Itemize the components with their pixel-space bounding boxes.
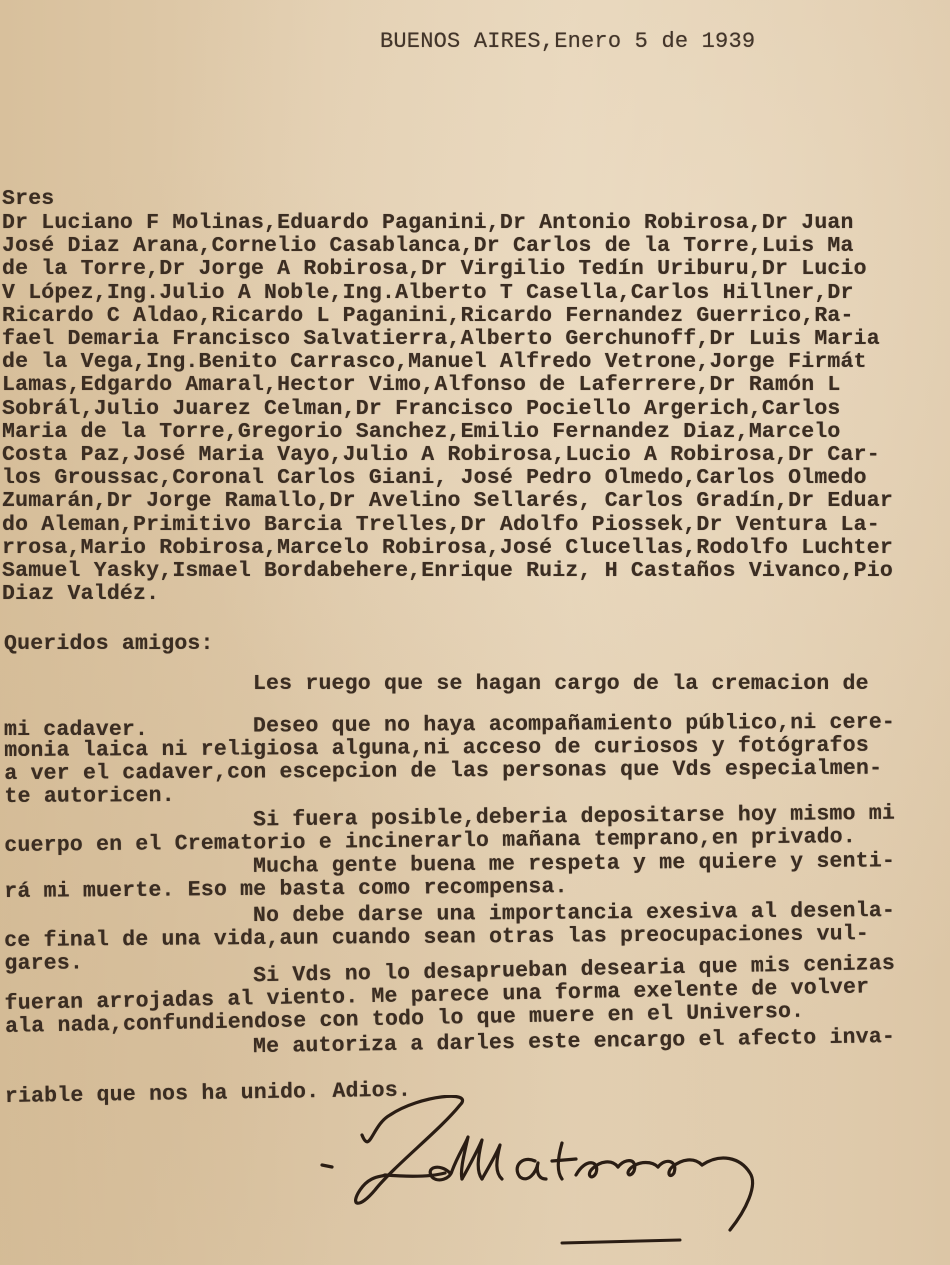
letter-page: BUENOS AIRES,Enero 5 de 1939 Sres Dr Luc… — [0, 0, 950, 1265]
greeting: Queridos amigos: — [4, 633, 214, 656]
addressee-line: los Groussac,Coronal Carlos Giani, José … — [2, 467, 893, 490]
salutation-title: Sres — [2, 188, 54, 211]
dateline: BUENOS AIRES,Enero 5 de 1939 — [380, 30, 755, 53]
addressee-line: Maria de la Torre,Gregorio Sanchez,Emili… — [2, 421, 893, 444]
addressee-line: Zumarán,Dr Jorge Ramallo,Dr Avelino Sell… — [2, 490, 893, 513]
handwritten-signature: L de la Torre — [300, 1095, 800, 1265]
addressee-line: de la Vega,Ing.Benito Carrasco,Manuel Al… — [2, 351, 893, 374]
addressee-line: José Diaz Arana,Cornelio Casablanca,Dr C… — [2, 235, 893, 258]
addressee-line: Lamas,Edgardo Amaral,Hector Vimo,Alfonso… — [2, 374, 893, 397]
paragraph-good-people: Mucha gente buena me respeta y me quiere… — [4, 850, 895, 904]
addressee-line: do Aleman,Primitivo Barcia Trelles,Dr Ad… — [2, 514, 893, 537]
addressee-line: fael Demaria Francisco Salvatierra,Alber… — [2, 328, 893, 351]
addressee-line: Dr Luciano F Molinas,Eduardo Paganini,Dr… — [2, 212, 893, 235]
addressee-line: Diaz Valdéz. — [2, 583, 893, 606]
addressee-line: Costa Paz,José Maria Vayo,Julio A Robiro… — [2, 444, 893, 467]
addressee-line: V López,Ing.Julio A Noble,Ing.Alberto T … — [2, 282, 893, 305]
addressee-line: Samuel Yasky,Ismael Bordabehere,Enrique … — [2, 560, 893, 583]
paragraph-ashes: Si Vds no lo desaprueban desearia que mi… — [4, 953, 896, 1039]
paragraph-no-ceremony: Deseo que no haya acompañamiento público… — [4, 712, 895, 809]
addressee-line: Sobrál,Julio Juarez Celman,Dr Francisco … — [2, 398, 893, 421]
addressee-line: rrosa,Mario Robirosa,Marcelo Robirosa,Jo… — [2, 537, 893, 560]
addressee-list: Dr Luciano F Molinas,Eduardo Paganini,Dr… — [2, 212, 893, 606]
addressee-line: Ricardo C Aldao,Ricardo L Paganini,Ricar… — [2, 305, 893, 328]
addressee-line: de la Torre,Dr Jorge A Robirosa,Dr Virgi… — [2, 258, 893, 281]
